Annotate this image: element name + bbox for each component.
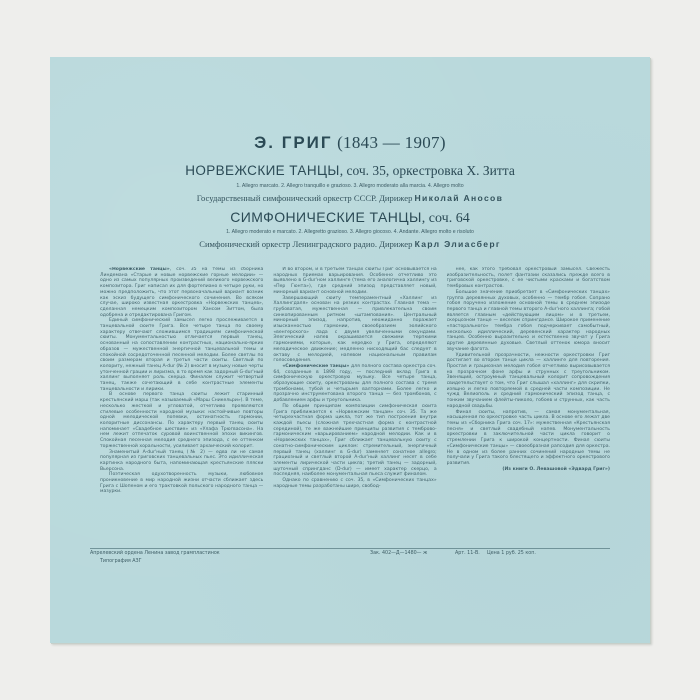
performers-line: Государственный симфонический оркестр СС… (50, 193, 650, 203)
note-paragraph: Знаменитый A-dur'ный танец (№ 2) — едва … (100, 450, 263, 473)
movements-list: 1. Allegro moderato e marcato. 2. Allegr… (50, 229, 650, 235)
movements-list: 1. Allegro marcato. 2. Allegro tranquill… (50, 183, 650, 189)
note-paragraph: нее, как этого требовал оркестровый замы… (447, 267, 610, 290)
liner-notes: «Норвежские танцы», соч. 35 на темы из с… (100, 267, 610, 557)
note-paragraph: По общим принципам композиции симфоничес… (273, 404, 436, 478)
composer-dates: (1843 — 1907) (337, 133, 446, 152)
note-paragraph: Финал сюиты, напротив, — самая монумента… (447, 410, 610, 467)
conductor-name: Николай Аносов (415, 193, 504, 203)
note-paragraph: «Норвежские танцы», соч. 35 на темы из с… (100, 267, 263, 318)
notes-column-1: «Норвежские танцы», соч. 35 на темы из с… (100, 267, 263, 557)
manufacturer-text: Апрелевский ордена Ленина завод грамплас… (90, 551, 220, 556)
note-paragraph: И во втором, и в третьем танцах сюиты Гр… (273, 267, 436, 296)
performers-line: Симфонический оркестр Ленинградского рад… (50, 239, 650, 249)
note-paragraph: Однако по сравнению с соч. 35, в «Симфон… (273, 478, 436, 489)
work-title-symphonic-dances: СИМФОНИЧЕСКИЕ ТАНЦЫ, соч. 64 (50, 209, 650, 227)
note-paragraph: Большое значение приобретает в «Симфонич… (447, 290, 610, 353)
conductor-name: Карл Элиасберг (415, 239, 501, 249)
composer-name: Э. ГРИГ (254, 133, 332, 152)
notes-column-3: нее, как этого требовал оркестровый замы… (447, 267, 610, 557)
note-paragraph: Единый симфонический замысел легко просл… (100, 318, 263, 392)
note-paragraph: «Симфонические танцы» для полного состав… (273, 364, 436, 404)
note-paragraph: Поэтическая одухотворенность музыки, люб… (100, 472, 263, 495)
composer-heading: Э. ГРИГ (1843 — 1907) (50, 133, 650, 153)
record-sleeve-back: Э. ГРИГ (1843 — 1907) НОРВЕЖСКИЕ ТАНЦЫ, … (50, 57, 650, 643)
order-number: Зак. 402—Д—1480— ж (370, 551, 427, 556)
notes-column-2: И во втором, и в третьем танцах сюиты Гр… (273, 267, 436, 557)
footer-divider (90, 548, 610, 549)
note-paragraph: Завершающий сюиту темпераментный «Халлин… (273, 296, 436, 364)
source-attribution: (Из книги О. Левашовой «Эдвард Григ») (447, 467, 610, 473)
note-paragraph: Удивительной прозрачности, нежности орке… (447, 353, 610, 410)
price-text: Цена 1 руб. 25 коп. (487, 551, 536, 556)
note-paragraph: В основе первого танца сюиты лежит стари… (100, 392, 263, 449)
article-number: Арт. 11-В. (455, 551, 480, 556)
work-title-norwegian-dances: НОРВЕЖСКИЕ ТАНЦЫ, соч. 35, оркестровка Х… (50, 163, 650, 179)
printer-text: Типография АЗГ (100, 559, 142, 564)
